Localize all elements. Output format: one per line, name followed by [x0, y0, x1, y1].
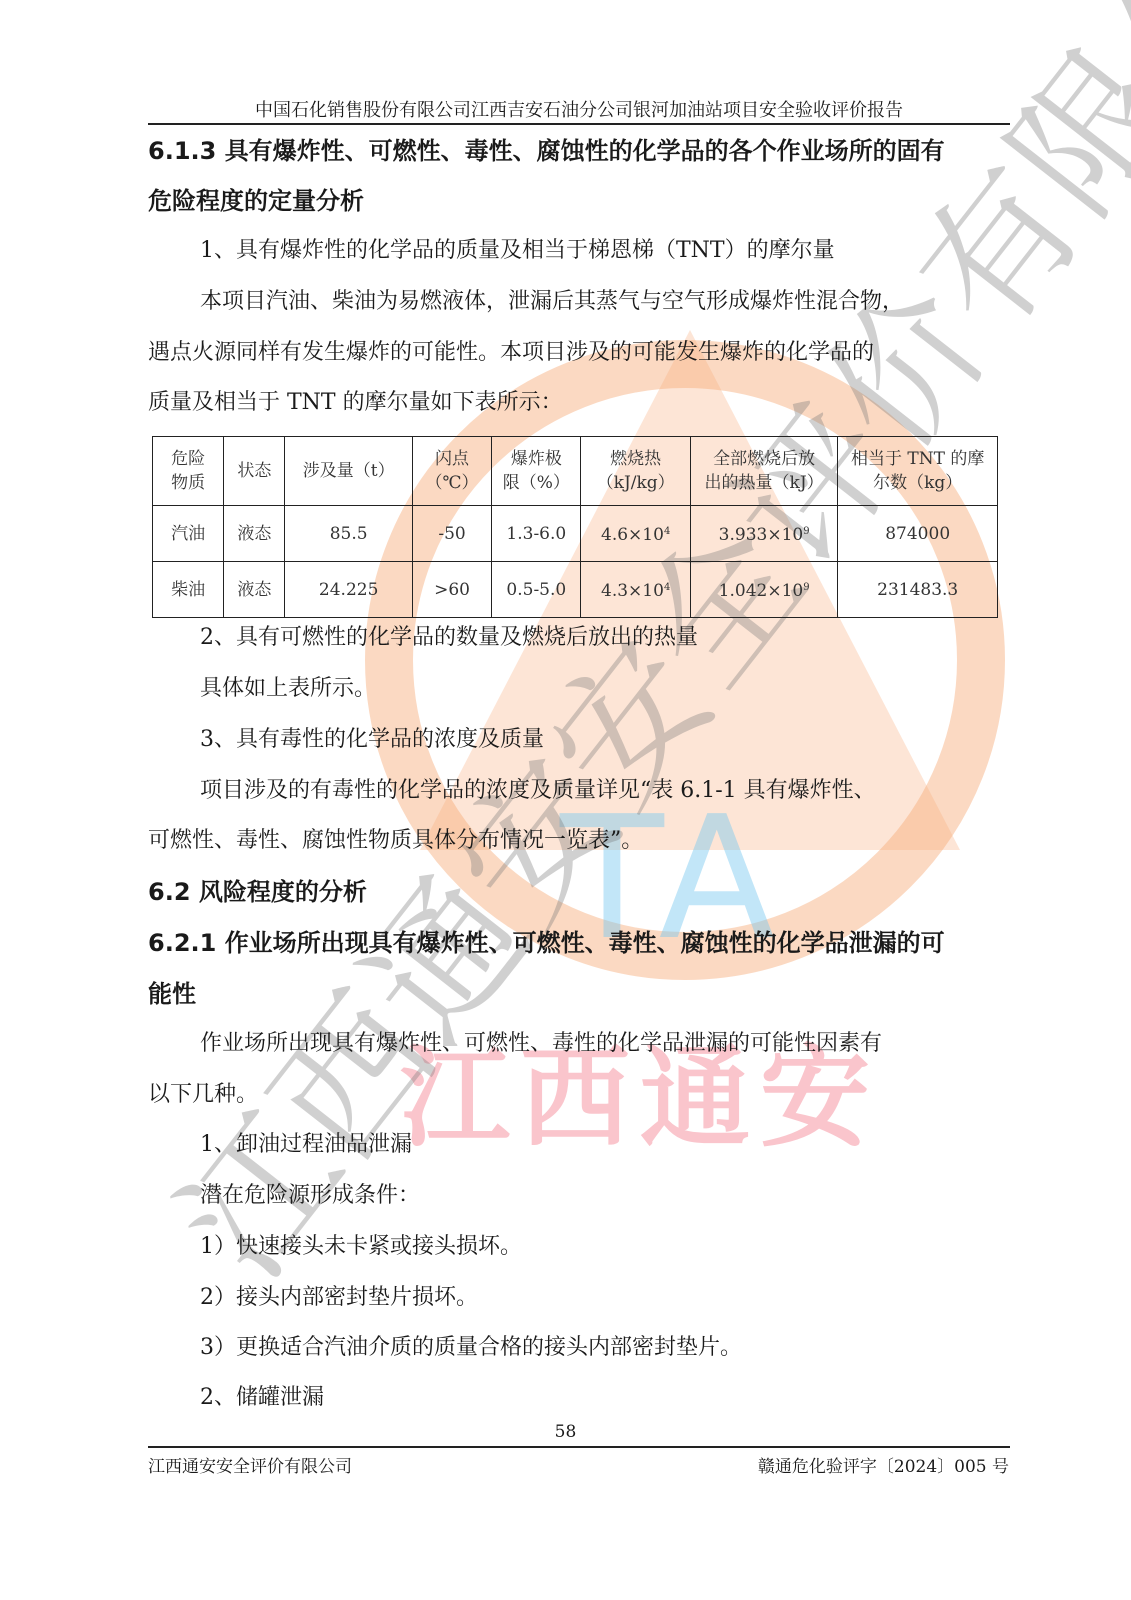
header-cell: 状态 [224, 437, 285, 506]
cell-explosion-limit: 1.3-6.0 [492, 506, 581, 562]
cell-flash-point: >60 [412, 562, 491, 618]
hazard-table: 危险物质 状态 涉及量（t） 闪点（℃） 爆炸极限（%） 燃烧热（kJ/kg） … [152, 436, 998, 618]
cell-combustion-heat: 4.3×104 [581, 562, 690, 618]
table-row: 柴油 液态 24.225 >60 0.5-5.0 4.3×104 1.042×1… [153, 562, 998, 618]
section-6-2-1-heading-line1: 6.2.1 作业场所出现具有爆炸性、可燃性、毒性、腐蚀性的化学品泄漏的可 [148, 928, 1010, 958]
item2-paragraph: 具体如上表所示。 [200, 674, 376, 704]
page-content: 中国石化销售股份有限公司江西吉安石油分公司银河加油站项目安全验收评价报告 6.1… [0, 0, 1131, 1600]
cell-amount: 24.225 [285, 562, 412, 618]
cell-tnt-equivalent: 874000 [838, 506, 998, 562]
leak2-title: 2、储罐泄漏 [200, 1383, 324, 1413]
page-number: 58 [0, 1422, 1131, 1442]
section-6-2-1-paragraph-line1: 作业场所出现具有爆炸性、可燃性、毒性的化学品泄漏的可能性因素有 [200, 1029, 882, 1059]
footer-company: 江西通安安全评价有限公司 [148, 1452, 352, 1477]
section-6-1-3-heading-line1: 6.1.3 具有爆炸性、可燃性、毒性、腐蚀性的化学品的各个作业场所的固有 [148, 136, 1010, 166]
cell-flash-point: -50 [412, 506, 491, 562]
cell-tnt-equivalent: 231483.3 [838, 562, 998, 618]
item1-paragraph-line1: 本项目汽油、柴油为易燃液体，泄漏后其蒸气与空气形成爆炸性混合物， [200, 287, 904, 317]
table-row: 汽油 液态 85.5 -50 1.3-6.0 4.6×104 3.933×109… [153, 506, 998, 562]
header-divider [148, 123, 1010, 125]
cell-total-heat: 3.933×109 [690, 506, 838, 562]
document-page: TA 江西通安 江西通安安全评价有限公司 中国石化销售股份有限公司江西吉安石油分… [0, 0, 1131, 1600]
cell-explosion-limit: 0.5-5.0 [492, 562, 581, 618]
header-cell: 危险物质 [153, 437, 224, 506]
cell-total-heat: 1.042×109 [690, 562, 838, 618]
running-header: 中国石化销售股份有限公司江西吉安石油分公司银河加油站项目安全验收评价报告 [148, 96, 1010, 122]
header-cell: 全部燃烧后放出的热量（kJ） [690, 437, 838, 506]
header-cell: 爆炸极限（%） [492, 437, 581, 506]
header-cell: 涉及量（t） [285, 437, 412, 506]
item1-title: 1、具有爆炸性的化学品的质量及相当于梯恩梯（TNT）的摩尔量 [200, 236, 835, 266]
cell-substance: 柴油 [153, 562, 224, 618]
section-6-2-1-heading-line2: 能性 [148, 979, 1010, 1009]
cell-state: 液态 [224, 506, 285, 562]
table-header-row: 危险物质 状态 涉及量（t） 闪点（℃） 爆炸极限（%） 燃烧热（kJ/kg） … [153, 437, 998, 506]
footer-divider [148, 1446, 1010, 1448]
leak1-condition-2: 2）接头内部密封垫片损坏。 [200, 1283, 478, 1313]
cell-amount: 85.5 [285, 506, 412, 562]
footer-document-number: 赣通危化验评字〔2024〕005 号 [758, 1452, 1009, 1477]
cell-combustion-heat: 4.6×104 [581, 506, 690, 562]
header-cell: 相当于 TNT 的摩尔数（kg） [838, 437, 998, 506]
cell-state: 液态 [224, 562, 285, 618]
item3-paragraph-line1: 项目涉及的有毒性的化学品的浓度及质量详见“表 6.1-1 具有爆炸性、 [200, 776, 876, 806]
section-6-2-heading: 6.2 风险程度的分析 [148, 877, 1010, 907]
item3-paragraph-line2: 可燃性、毒性、腐蚀性物质具体分布情况一览表”。 [148, 826, 643, 856]
leak1-title: 1、卸油过程油品泄漏 [200, 1130, 412, 1160]
section-6-1-3-heading-line2: 危险程度的定量分析 [148, 186, 1010, 216]
cell-substance: 汽油 [153, 506, 224, 562]
leak1-condition-3: 3）更换适合汽油介质的质量合格的接头内部密封垫片。 [200, 1333, 742, 1363]
item2-title: 2、具有可燃性的化学品的数量及燃烧后放出的热量 [200, 623, 698, 653]
section-6-2-1-paragraph-line2: 以下几种。 [148, 1080, 258, 1110]
header-cell: 闪点（℃） [412, 437, 491, 506]
item3-title: 3、具有毒性的化学品的浓度及质量 [200, 725, 544, 755]
item1-paragraph-line2: 遇点火源同样有发生爆炸的可能性。本项目涉及的可能发生爆炸的化学品的 [148, 338, 874, 368]
item1-paragraph-line3: 质量及相当于 TNT 的摩尔量如下表所示： [148, 388, 563, 418]
leak1-condition-1: 1）快速接头未卡紧或接头损坏。 [200, 1232, 522, 1262]
leak1-conditions-label: 潜在危险源形成条件： [200, 1181, 420, 1211]
header-cell: 燃烧热（kJ/kg） [581, 437, 690, 506]
